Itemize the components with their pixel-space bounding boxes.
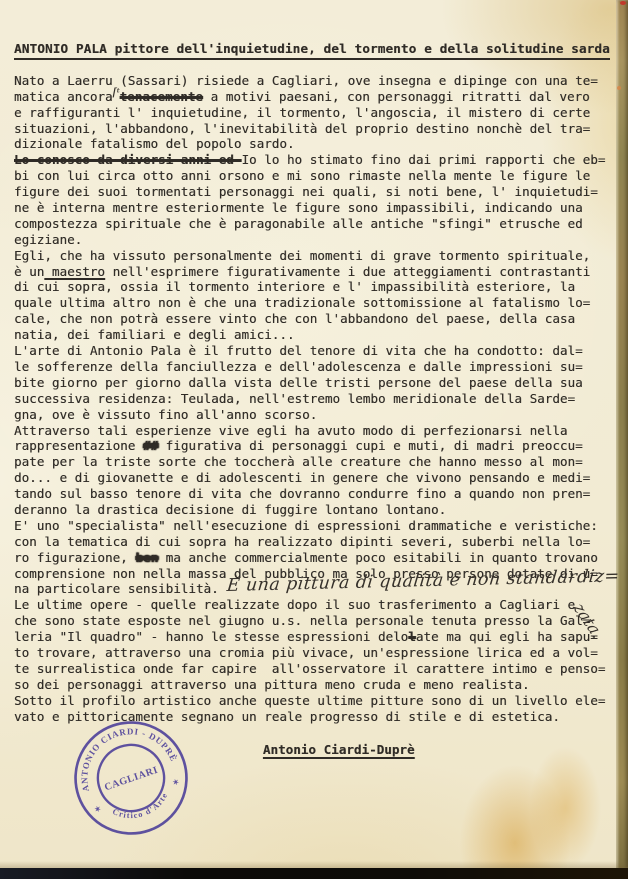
text-line: deranno la drastica decisione di fuggire… xyxy=(14,502,618,518)
document-title: ANTONIO PALA pittore dell'inquietudine, … xyxy=(14,41,610,60)
stamp-center-text: CAGLIARI xyxy=(103,765,159,794)
scanned-document: ANTONIO PALA pittore dell'inquietudine, … xyxy=(0,0,628,879)
text-line: Nato a Laerru (Sassari) risiede a Caglia… xyxy=(14,73,618,89)
text-line: Le ultime opere - quelle realizzate dopo… xyxy=(14,597,618,613)
text-line: so dei personaggi attraverso una pittura… xyxy=(14,677,618,693)
text-line: na particolare sensibilità. È una pittur… xyxy=(14,581,618,597)
text-line: di cui sopra, ossia il tormento interior… xyxy=(14,279,618,295)
text-line: è un maestro nell'esprimere figurativame… xyxy=(14,264,618,280)
text-line: leria "Il quadro" - hanno le stesse espr… xyxy=(14,629,618,645)
text-line: egiziane. xyxy=(14,232,618,248)
signature-text: Antonio Ciardi-Duprè xyxy=(263,742,415,757)
text-line: L'arte di Antonio Pala è il frutto del t… xyxy=(14,343,618,359)
text-line: vato e pittoricamente segnano un reale p… xyxy=(14,709,618,725)
text-line: quale ultima altro non è che una tradizi… xyxy=(14,295,618,311)
text-line: bite giorno per giorno dalla vista delle… xyxy=(14,375,618,391)
text-line: gna, ove è vissuto fino all'anno scorso. xyxy=(14,407,618,423)
text-line: Attraverso tali esperienze vive egli ha … xyxy=(14,423,618,439)
typewritten-text: ANTONIO PALA pittore dell'inquietudine, … xyxy=(14,41,618,774)
text-line: E' uno "specialista" nell'esecuzione di … xyxy=(14,518,618,534)
stamp-star-right-icon: ✶ xyxy=(171,777,181,788)
text-line: Sotto il profilo artistico anche queste … xyxy=(14,693,618,709)
text-line: ro figurazione, ben ma anche commercialm… xyxy=(14,550,618,566)
text-line: do... e di giovanette e di adolescenti i… xyxy=(14,470,618,486)
text-line: ne è interna mentre esteriormente le fig… xyxy=(14,200,618,216)
text-line: tando sul basso tenore di vita che dovra… xyxy=(14,486,618,502)
text-line: Egli, che ha vissuto personalmente dei m… xyxy=(14,248,618,264)
text-line: rappresentazione ## figurativa di person… xyxy=(14,438,618,454)
text-line: pate per la triste sorte che toccherà al… xyxy=(14,454,618,470)
stamp-star-left-icon: ✶ xyxy=(93,804,103,815)
scan-bottom-bar xyxy=(0,868,628,879)
text-line: con la tematica di cui sopra ha realizza… xyxy=(14,534,618,550)
text-line: che sono state esposte nel giugno u.s. n… xyxy=(14,613,618,629)
text-line: matica ancora⌈ᵗtenacemente a motivi paes… xyxy=(14,89,618,105)
red-ink-mark xyxy=(620,1,626,5)
text-line: successiva residenza: Teulada, nell'estr… xyxy=(14,391,618,407)
text-line: compostezza spirituale che è paragonabil… xyxy=(14,216,618,232)
text-line: le sofferenze della fanciullezza e dell'… xyxy=(14,359,618,375)
text-line: Lo conosco da diversi anni ed Io lo ho s… xyxy=(14,152,618,168)
text-line: natia, dei familiari e degli amici... xyxy=(14,327,618,343)
text-line: bi con lui circa otto anni orsono e mi s… xyxy=(14,168,618,184)
text-line: dizionale fatalismo del popolo sardo. xyxy=(14,136,618,152)
text-line: figure dei suoi tormentati personaggi ne… xyxy=(14,184,618,200)
document-lines: Nato a Laerru (Sassari) risiede a Caglia… xyxy=(14,73,618,725)
text-line: cale, che non potrà essere vinto che con… xyxy=(14,311,618,327)
text-line: te surrealistica onde far capire all'oss… xyxy=(14,661,618,677)
text-line: situazioni, l'abbandono, l'inevitabilità… xyxy=(14,121,618,137)
text-line: e raffiguranti l' inquietudine, il torme… xyxy=(14,105,618,121)
text-line: to trovare, attraverso una cromia più vi… xyxy=(14,645,618,661)
